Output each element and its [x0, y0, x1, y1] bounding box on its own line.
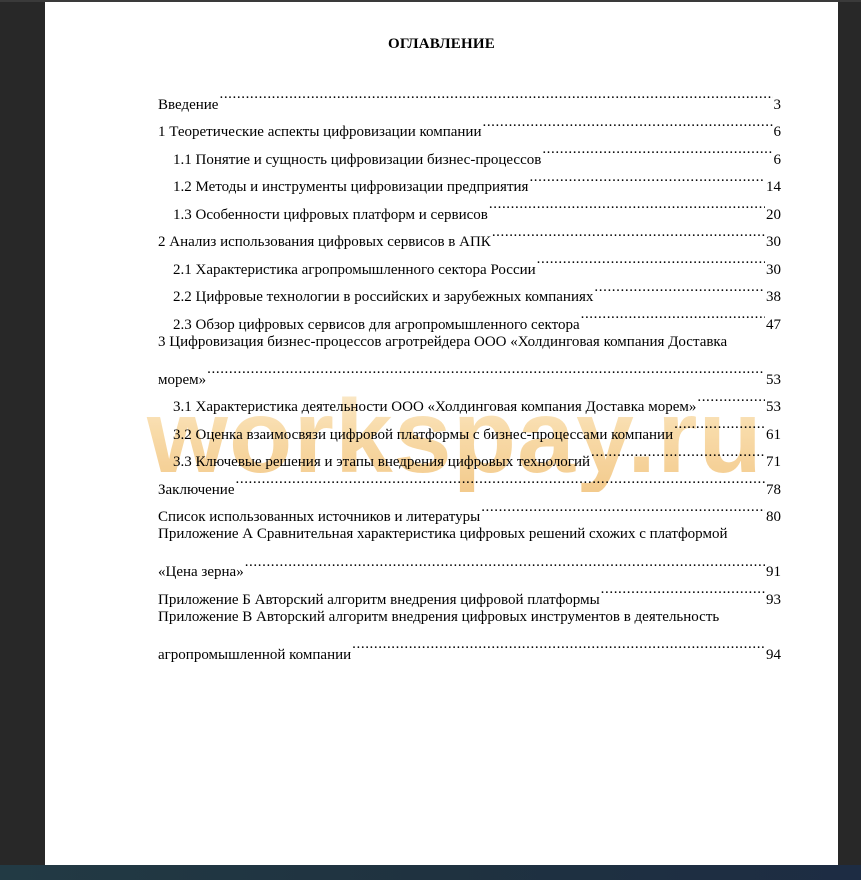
- toc-entry[interactable]: 1.1 Понятие и сущность цифровизации бизн…: [158, 136, 781, 164]
- toc-entry[interactable]: Введение3: [158, 81, 781, 109]
- taskbar: [0, 865, 861, 880]
- document-page: workspay.ru ОГЛАВЛЕНИЕ Введение31 Теорет…: [45, 2, 838, 865]
- dot-leader: [537, 246, 765, 274]
- dot-leader: [674, 411, 765, 439]
- page-title: ОГЛАВЛЕНИЕ: [45, 36, 838, 53]
- toc-entry[interactable]: 3 Цифровизация бизнес-процессов агротрей…: [158, 329, 781, 357]
- toc-entry[interactable]: 1 Теоретические аспекты цифровизации ком…: [158, 109, 781, 137]
- toc-entry[interactable]: 2.3 Обзор цифровых сервисов для агропром…: [158, 301, 781, 329]
- dot-leader: [529, 164, 765, 192]
- toc-entry[interactable]: Приложение Б Авторский алгоритм внедрени…: [158, 576, 781, 604]
- toc-entry[interactable]: 2 Анализ использования цифровых сервисов…: [158, 219, 781, 247]
- dot-leader: [236, 466, 766, 494]
- toc-entry[interactable]: 2.1 Характеристика агропромышленного сек…: [158, 246, 781, 274]
- toc-entry[interactable]: агропромышленной компании 94: [158, 631, 781, 659]
- toc-entry[interactable]: 2.2 Цифровые технологии в российских и з…: [158, 274, 781, 302]
- dot-leader: [482, 109, 772, 137]
- dot-leader: [697, 384, 765, 412]
- toc-entry[interactable]: Приложение В Авторский алгоритм внедрени…: [158, 604, 781, 632]
- dot-leader: [207, 356, 765, 384]
- dot-leader: [581, 301, 765, 329]
- dot-leader: [492, 219, 765, 247]
- toc-entry[interactable]: Заключение78: [158, 466, 781, 494]
- dot-leader: [489, 191, 765, 219]
- dot-leader: [591, 439, 765, 467]
- dot-leader: [601, 576, 765, 604]
- dot-leader: [542, 136, 772, 164]
- toc-entry-label: 3 Цифровизация бизнес-процессов агротрей…: [158, 329, 727, 357]
- toc-entry[interactable]: морем» 53: [158, 356, 781, 384]
- dot-leader: [245, 549, 765, 577]
- toc-entry[interactable]: «Цена зерна» 91: [158, 549, 781, 577]
- toc-entry-label: агропромышленной компании: [158, 642, 351, 670]
- toc-entry-label: Приложение А Сравнительная характеристик…: [158, 521, 727, 549]
- toc-entry[interactable]: Список использованных источников и литер…: [158, 494, 781, 522]
- toc-entry[interactable]: 1.2 Методы и инструменты цифровизации пр…: [158, 164, 781, 192]
- toc-entry[interactable]: Приложение А Сравнительная характеристик…: [158, 521, 781, 549]
- toc-entry[interactable]: 3.2 Оценка взаимосвязи цифровой платформ…: [158, 411, 781, 439]
- toc-page-number: 94: [766, 642, 781, 670]
- table-of-contents: Введение31 Теоретические аспекты цифрови…: [158, 81, 781, 659]
- dot-leader: [594, 274, 765, 302]
- dot-leader: [352, 631, 765, 659]
- toc-entry[interactable]: 3.3 Ключевые решения и этапы внедрения ц…: [158, 439, 781, 467]
- dot-leader: [219, 81, 772, 109]
- dot-leader: [481, 494, 765, 522]
- toc-entry-label: Приложение В Авторский алгоритм внедрени…: [158, 604, 719, 632]
- toc-entry[interactable]: 1.3 Особенности цифровых платформ и серв…: [158, 191, 781, 219]
- toc-entry[interactable]: 3.1 Характеристика деятельности ООО «Хол…: [158, 384, 781, 412]
